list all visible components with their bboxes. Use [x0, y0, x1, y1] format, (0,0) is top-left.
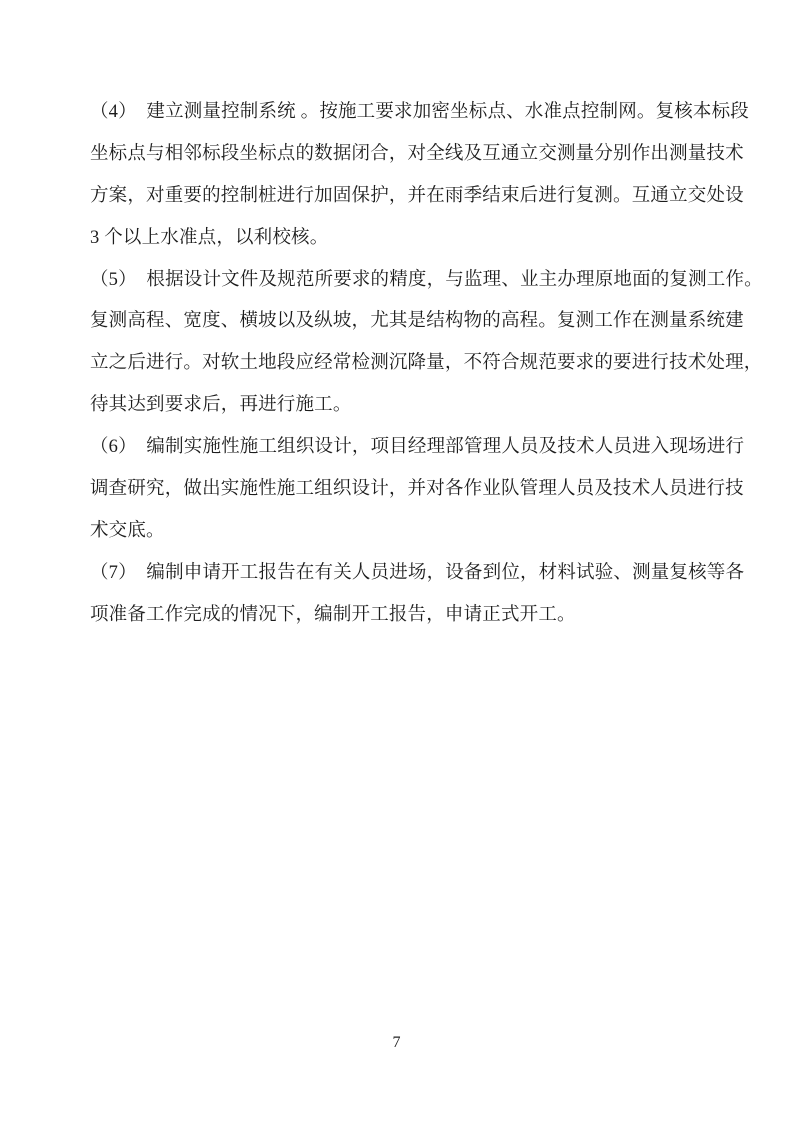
text-line: 方案，对重要的控制桩进行加固保护，并在雨季结束后进行复测。互通立交处设	[90, 176, 745, 218]
document-page: （4） 建立测量控制系统 。按施工要求加密坐标点、水准点控制网。复核本标段坐标点…	[0, 0, 793, 1122]
document-body: （4） 建立测量控制系统 。按施工要求加密坐标点、水准点控制网。复核本标段坐标点…	[90, 92, 745, 637]
page-number: 7	[393, 1034, 401, 1051]
text-line: 3 个以上水准点，以利校核。	[90, 218, 745, 260]
text-line: 坐标点与相邻标段坐标点的数据闭合，对全线及互通立交测量分别作出测量技术	[90, 134, 745, 176]
text-line: 项准备工作完成的情况下，编制开工报告，申请正式开工。	[90, 595, 745, 637]
text-line: （4） 建立测量控制系统 。按施工要求加密坐标点、水准点控制网。复核本标段	[90, 92, 745, 134]
text-line: 待其达到要求后，再进行施工。	[90, 385, 745, 427]
page-footer: 7	[0, 1033, 793, 1053]
text-line: 术交底。	[90, 511, 745, 553]
paragraph: （4） 建立测量控制系统 。按施工要求加密坐标点、水准点控制网。复核本标段坐标点…	[90, 92, 745, 260]
text-line: 复测高程、宽度、横坡以及纵坡，尤其是结构物的高程。复测工作在测量系统建	[90, 301, 745, 343]
paragraph: （6） 编制实施性施工组织设计，项目经理部管理人员及技术人员进入现场进行调查研究…	[90, 427, 745, 553]
paragraph: （7） 编制申请开工报告在有关人员进场，设备到位，材料试验、测量复核等各项准备工…	[90, 553, 745, 637]
paragraph: （5） 根据设计文件及规范所要求的精度，与监理、业主办理原地面的复测工作。复测高…	[90, 260, 745, 428]
text-line: 立之后进行。对软土地段应经常检测沉降量，不符合规范要求的要进行技术处理，	[90, 343, 745, 385]
text-line: （7） 编制申请开工报告在有关人员进场，设备到位，材料试验、测量复核等各	[90, 553, 745, 595]
text-line: （5） 根据设计文件及规范所要求的精度，与监理、业主办理原地面的复测工作。	[90, 260, 745, 302]
text-line: 调查研究，做出实施性施工组织设计，并对各作业队管理人员及技术人员进行技	[90, 469, 745, 511]
text-line: （6） 编制实施性施工组织设计，项目经理部管理人员及技术人员进入现场进行	[90, 427, 745, 469]
